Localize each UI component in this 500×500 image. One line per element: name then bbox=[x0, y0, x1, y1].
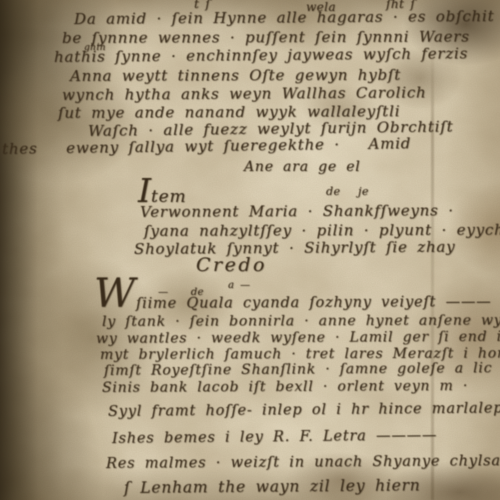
manuscript-line: Syyl framt hoſſe- inlep ol i hr hince ma… bbox=[108, 401, 500, 419]
handwriting-layer: t ſ wela ſht ſ Da amid · ſein Hynne alle… bbox=[0, 0, 500, 500]
manuscript-page: t ſ wela ſht ſ Da amid · ſein Hynne alle… bbox=[0, 0, 500, 500]
manuscript-line: ſiime Quala cyanda ſozhyny veiyeſt ——— bbox=[136, 295, 492, 311]
manuscript-line: Sinis bank lacob iſt bexll · orlent veyn… bbox=[102, 379, 468, 395]
manuscript-line: Anna weytt tinnens Oſte gewyn hybſt bbox=[70, 68, 401, 84]
manuscript-line: Verwonnent Maria · Shankfſweyns · bbox=[140, 203, 454, 220]
paragraph-initial-glyph: W bbox=[94, 271, 135, 317]
heading-note-below: a — bbox=[228, 281, 250, 291]
manuscript-line: Da amid · ſein Hynne alle hagaras · es o… bbox=[74, 9, 495, 27]
manuscript-line: Ane ara ge el bbox=[244, 160, 361, 174]
manuscript-line: thes eweny ſallya wyt ſueregekthe · Amid bbox=[2, 136, 411, 157]
manuscript-line: be ſynnne wennes · puſſent ſein ſynnni W… bbox=[62, 30, 470, 46]
manuscript-line: ſyana nahzyltſſey · pilin · plyunt · eyy… bbox=[144, 223, 500, 239]
manuscript-line: Shoylatuk ſynnyt · Sihyrlyſt ſie zhay bbox=[134, 240, 456, 257]
interlinear-note: ghin bbox=[84, 44, 106, 53]
manuscript-line: ſ Lenham the wayn zil ley hiern bbox=[124, 478, 421, 496]
paragraph-initial: W bbox=[94, 284, 135, 310]
manuscript-line: Ishes bemes i ley R. F. Letra ———— bbox=[112, 429, 437, 447]
item-side-note: de je bbox=[326, 186, 369, 197]
manuscript-line: Res malmes · weizſt in unach Shyanye chy… bbox=[106, 454, 500, 471]
manuscript-line: ly ſtank · ſein bonnirla · anne hynet an… bbox=[102, 314, 500, 329]
manuscript-line: ſimſt Royeſtſine Shanſlink · ſamne goleſ… bbox=[104, 361, 492, 378]
section-heading-credo: Credo bbox=[196, 256, 267, 275]
manuscript-line: wy wantles · weedk wyſene · Lamil ger ſi… bbox=[96, 330, 500, 346]
manuscript-line: wynch hytha anks weyn Wallhas Carolich bbox=[62, 85, 427, 103]
manuscript-line: hathis ſynne · enchinnſey jayweas wyſch … bbox=[54, 46, 468, 65]
